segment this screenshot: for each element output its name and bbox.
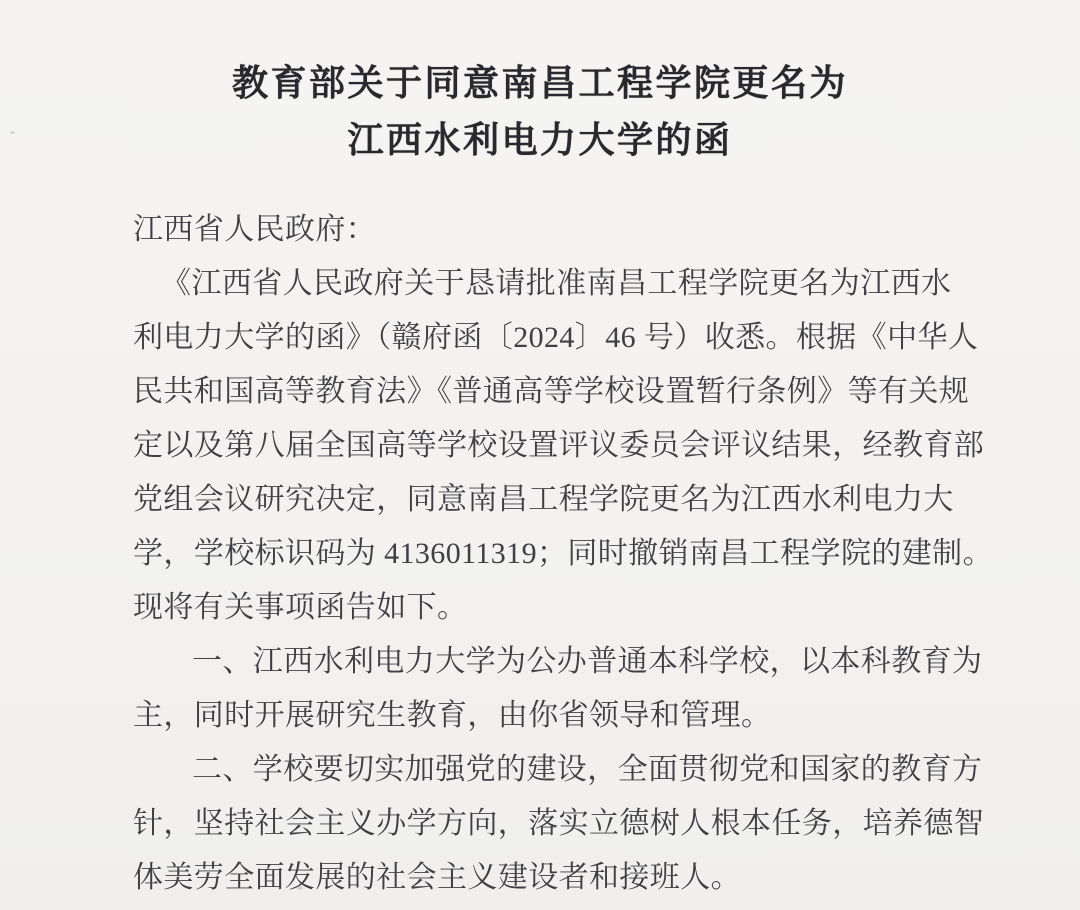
body-line: 现将有关事项函告如下。 [133, 581, 949, 635]
scan-speck [10, 131, 15, 134]
body-line: 利电力大学的函》（赣府函〔2024〕46 号）收悉。根据《中华人 [133, 311, 949, 365]
document-body: 江西省人民政府： 《江西省人民政府关于恳请批准南昌工程学院更名为江西水 利电力大… [0, 203, 1080, 905]
document-title: 教育部关于同意南昌工程学院更名为 江西水利电力大学的函 [0, 0, 1080, 169]
body-line: 体美劳全面发展的社会主义建设者和接班人。 [133, 851, 949, 905]
body-line: 《江西省人民政府关于恳请批准南昌工程学院更名为江西水 [133, 257, 949, 311]
scanned-document-page: 教育部关于同意南昌工程学院更名为 江西水利电力大学的函 江西省人民政府： 《江西… [0, 0, 1080, 910]
scan-speck [297, 886, 303, 890]
body-line: 党组会议研究决定，同意南昌工程学院更名为江西水利电力大 [133, 473, 949, 527]
body-line: 针，坚持社会主义办学方向，落实立德树人根本任务，培养德智 [133, 797, 949, 851]
body-line-item-2: 二、学校要切实加强党的建设，全面贯彻党和国家的教育方 [133, 743, 949, 797]
body-line-item-1: 一、江西水利电力大学为公办普通本科学校，以本科教育为 [133, 635, 949, 689]
salutation-line: 江西省人民政府： [133, 203, 949, 257]
body-line: 定以及第八届全国高等学校设置评议委员会评议结果，经教育部 [133, 419, 949, 473]
body-line: 民共和国高等教育法》《普通高等学校设置暂行条例》等有关规 [133, 365, 949, 419]
body-line: 主，同时开展研究生教育，由你省领导和管理。 [133, 689, 949, 743]
document-title-line-2: 江西水利电力大学的函 [0, 112, 1080, 169]
body-line: 学，学校标识码为 4136011319；同时撤销南昌工程学院的建制。 [133, 527, 949, 581]
document-title-line-1: 教育部关于同意南昌工程学院更名为 [0, 55, 1080, 112]
